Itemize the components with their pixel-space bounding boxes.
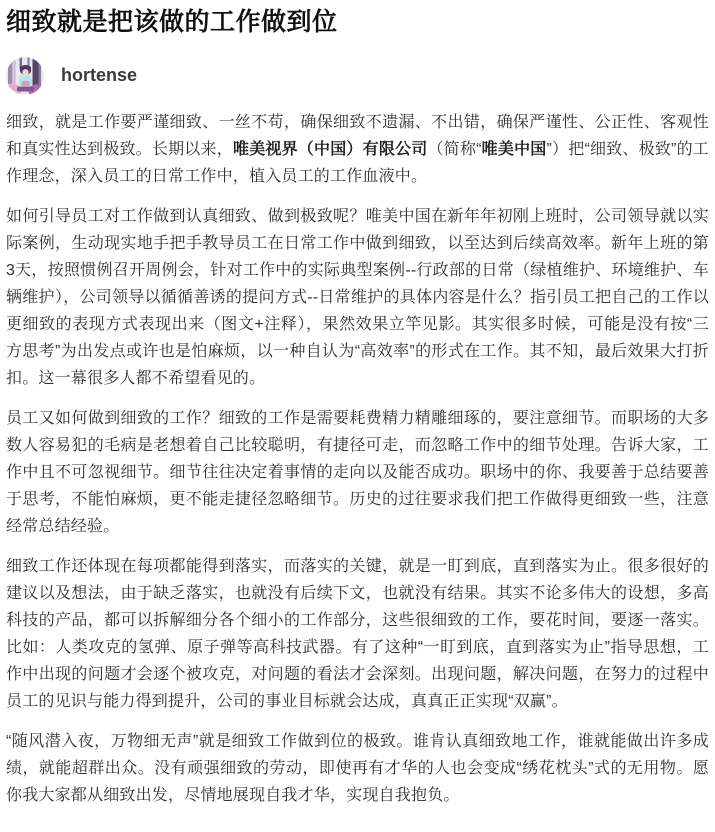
paragraph: 如何引导员工对工作做到认真细致、做到极致呢？唯美中国在新年年初刚上班时，公司领导… [6, 203, 709, 392]
body-text: 细致工作还体现在每项都能得到落实，而落实的关键，就是一盯到底，直到落实为止。很多… [6, 558, 709, 710]
paragraph: “随风潜入夜，万物细无声”就是细致工作做到位的极致。谁肯认真细致地工作，谁就能做… [6, 728, 709, 809]
body-text: “随风潜入夜，万物细无声”就是细致工作做到位的极致。谁肯认真细致地工作，谁就能做… [6, 733, 709, 804]
anime-girl-avatar-icon [6, 57, 44, 95]
body-text: （简称“ [427, 141, 481, 158]
body-text: 员工又如何做到细致的工作？细致的工作是需要耗费精力精雕细琢的，要注意细节。而职场… [6, 410, 709, 535]
body-text: 如何引导员工对工作做到认真细致、做到极致呢？唯美中国在新年年初刚上班时，公司领导… [6, 208, 709, 387]
author-name[interactable]: hortense [61, 65, 137, 86]
company-name-bold: 唯美视界（中国）有限公司 [233, 141, 428, 158]
article-body: 细致，就是工作要严谨细致、一丝不苟，确保细致不遗漏、不出错，确保严谨性、公正性、… [6, 109, 709, 809]
paragraph: 细致工作还体现在每项都能得到落实，而落实的关键，就是一盯到底，直到落实为止。很多… [6, 553, 709, 715]
paragraph: 细致，就是工作要严谨细致、一丝不苟，确保细致不遗漏、不出错，确保严谨性、公正性、… [6, 109, 709, 190]
author-row: hortense [6, 56, 709, 96]
author-avatar[interactable] [6, 57, 44, 95]
article-page: 细致就是把该做的工作做到位 [0, 0, 715, 832]
page-title: 细致就是把该做的工作做到位 [6, 6, 709, 39]
company-short-name-bold: 唯美中国 [482, 141, 547, 158]
paragraph: 员工又如何做到细致的工作？细致的工作是需要耗费精力精雕细琢的，要注意细节。而职场… [6, 405, 709, 540]
